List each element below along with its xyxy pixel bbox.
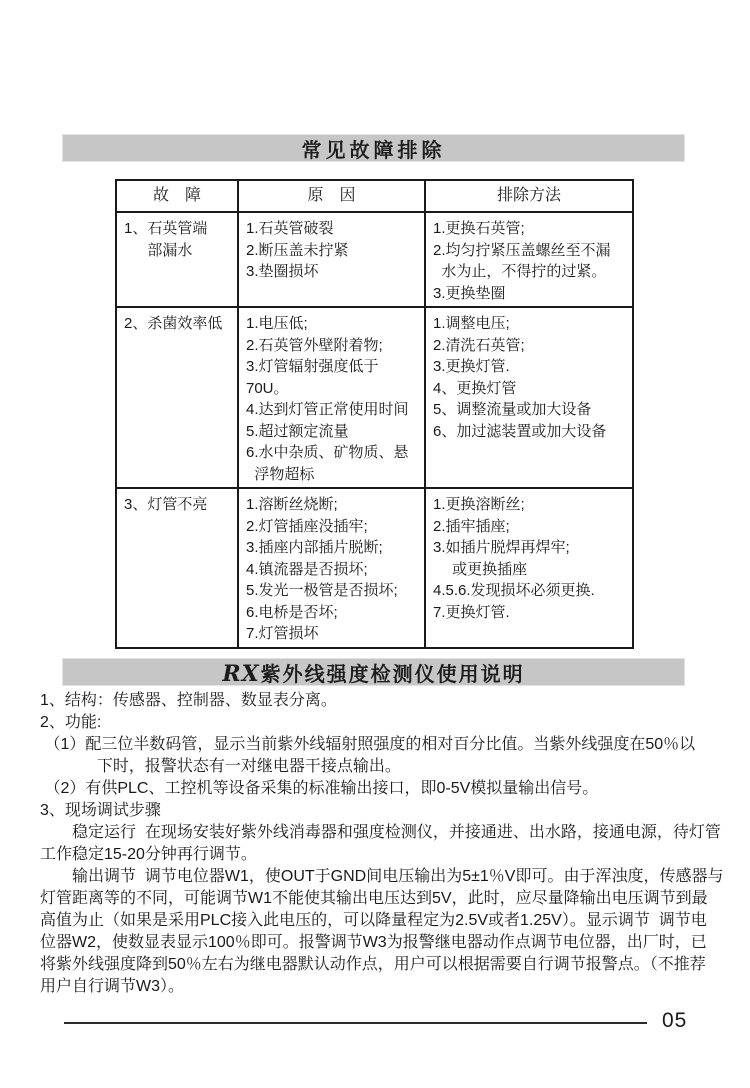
body-line: 下时，报警状态有一对继电器干接点输出。 [40,756,730,778]
body-line: 灯管距离等的不同，可能调节W1不能使其输出电压达到5V，此时，应尽量降输出电压调… [40,888,730,910]
header-fault: 故 障 [116,180,238,212]
body-line: 工作稳定15-20分钟再行调节。 [40,844,730,866]
cell-solution: 1.更换石英管; 2.均匀拧紧压盖螺丝至不漏 水为止，不得拧的过紧。 3.更换垫… [425,212,633,307]
body-line: 高值为止（如果是采用PLC接入此电压的，可以降量程定为2.5V或者1.25V）。… [40,910,730,932]
section-banner-detector-instructions: RX紫外线强度检测仪使用说明 [63,659,684,685]
troubleshooting-table: 故 障 原 因 排除方法 1、石英管端 部漏水 1.石英管破裂 2.断压盖未拧紧… [115,179,634,649]
cell-cause: 1.溶断丝烧断; 2.灯管插座没插牢; 3.插座内部插片脱断; 4.镇流器是否损… [238,488,425,648]
body-line: 输出调节 调节电位器W1，使OUT于GND间电压输出为5±1％V即可。由于浑浊度… [40,866,730,888]
cell-fault: 2、杀菌效率低 [116,307,238,488]
body-line: 位器W2，使数显表显示100％即可。报警调节W3为报警继电器动作点调节电位器，出… [40,932,730,954]
section-title-rest: 紫外线强度检测仪使用说明 [261,662,525,686]
section-title-troubleshooting: 常见故障排除 [302,134,446,163]
body-line: 将紫外线强度降到50％左右为继电器默认动作点，用户可以根据需要自行调节报警点。（… [40,954,730,976]
cell-cause: 1.石英管破裂 2.断压盖未拧紧 3.垫圈损坏 [238,212,425,307]
cell-fault: 3、灯管不亮 [116,488,238,648]
body-line: （2）有供PLC、工控机等设备采集的标准输出接口，即0-5V模拟量输出信号。 [40,778,730,800]
body-line: 1、结构：传感器、控制器、数显表分离。 [40,690,730,712]
header-solution: 排除方法 [425,180,633,212]
body-line: 2、功能: [40,712,730,734]
body-line: 用户自行调节W3）。 [40,976,730,998]
table-row: 1、石英管端 部漏水 1.石英管破裂 2.断压盖未拧紧 3.垫圈损坏 1.更换石… [116,212,633,307]
cell-solution: 1.更换溶断丝; 2.插牢插座; 3.如插片脱焊再焊牢; 或更换插座 4.5.6… [425,488,633,648]
rx-logo-text: RX [222,661,259,687]
table-header-row: 故 障 原 因 排除方法 [116,180,633,212]
body-line: 稳定运行 在现场安装好紫外线消毒器和强度检测仪，并接通进、出水路，接通电源，待灯… [40,822,730,844]
page-number: 05 [662,1009,687,1033]
manual-page: 常见故障排除 故 障 原 因 排除方法 1、石英管端 部漏水 1.石英管破裂 2… [0,0,750,1088]
table-row: 3、灯管不亮 1.溶断丝烧断; 2.灯管插座没插牢; 3.插座内部插片脱断; 4… [116,488,633,648]
cell-cause: 1.电压低; 2.石英管外壁附着物; 3.灯管辐射强度低于70U。 4.达到灯管… [238,307,425,488]
footer-divider [64,1022,647,1024]
header-cause: 原 因 [238,180,425,212]
body-line: （1）配三位半数码管，显示当前紫外线辐射照强度的相对百分比值。当紫外线强度在50… [40,734,730,756]
section-title-detector-instructions: RX紫外线强度检测仪使用说明 [222,658,524,687]
cell-solution: 1.调整电压; 2.清洗石英管; 3.更换灯管. 4、更换灯管 5、调整流量或加… [425,307,633,488]
instructions-body: 1、结构：传感器、控制器、数显表分离。 2、功能: （1）配三位半数码管，显示当… [40,690,730,998]
cell-fault: 1、石英管端 部漏水 [116,212,238,307]
body-line: 3、现场调试步骤 [40,800,730,822]
section-banner-troubleshooting: 常见故障排除 [63,135,684,161]
table-row: 2、杀菌效率低 1.电压低; 2.石英管外壁附着物; 3.灯管辐射强度低于70U… [116,307,633,488]
